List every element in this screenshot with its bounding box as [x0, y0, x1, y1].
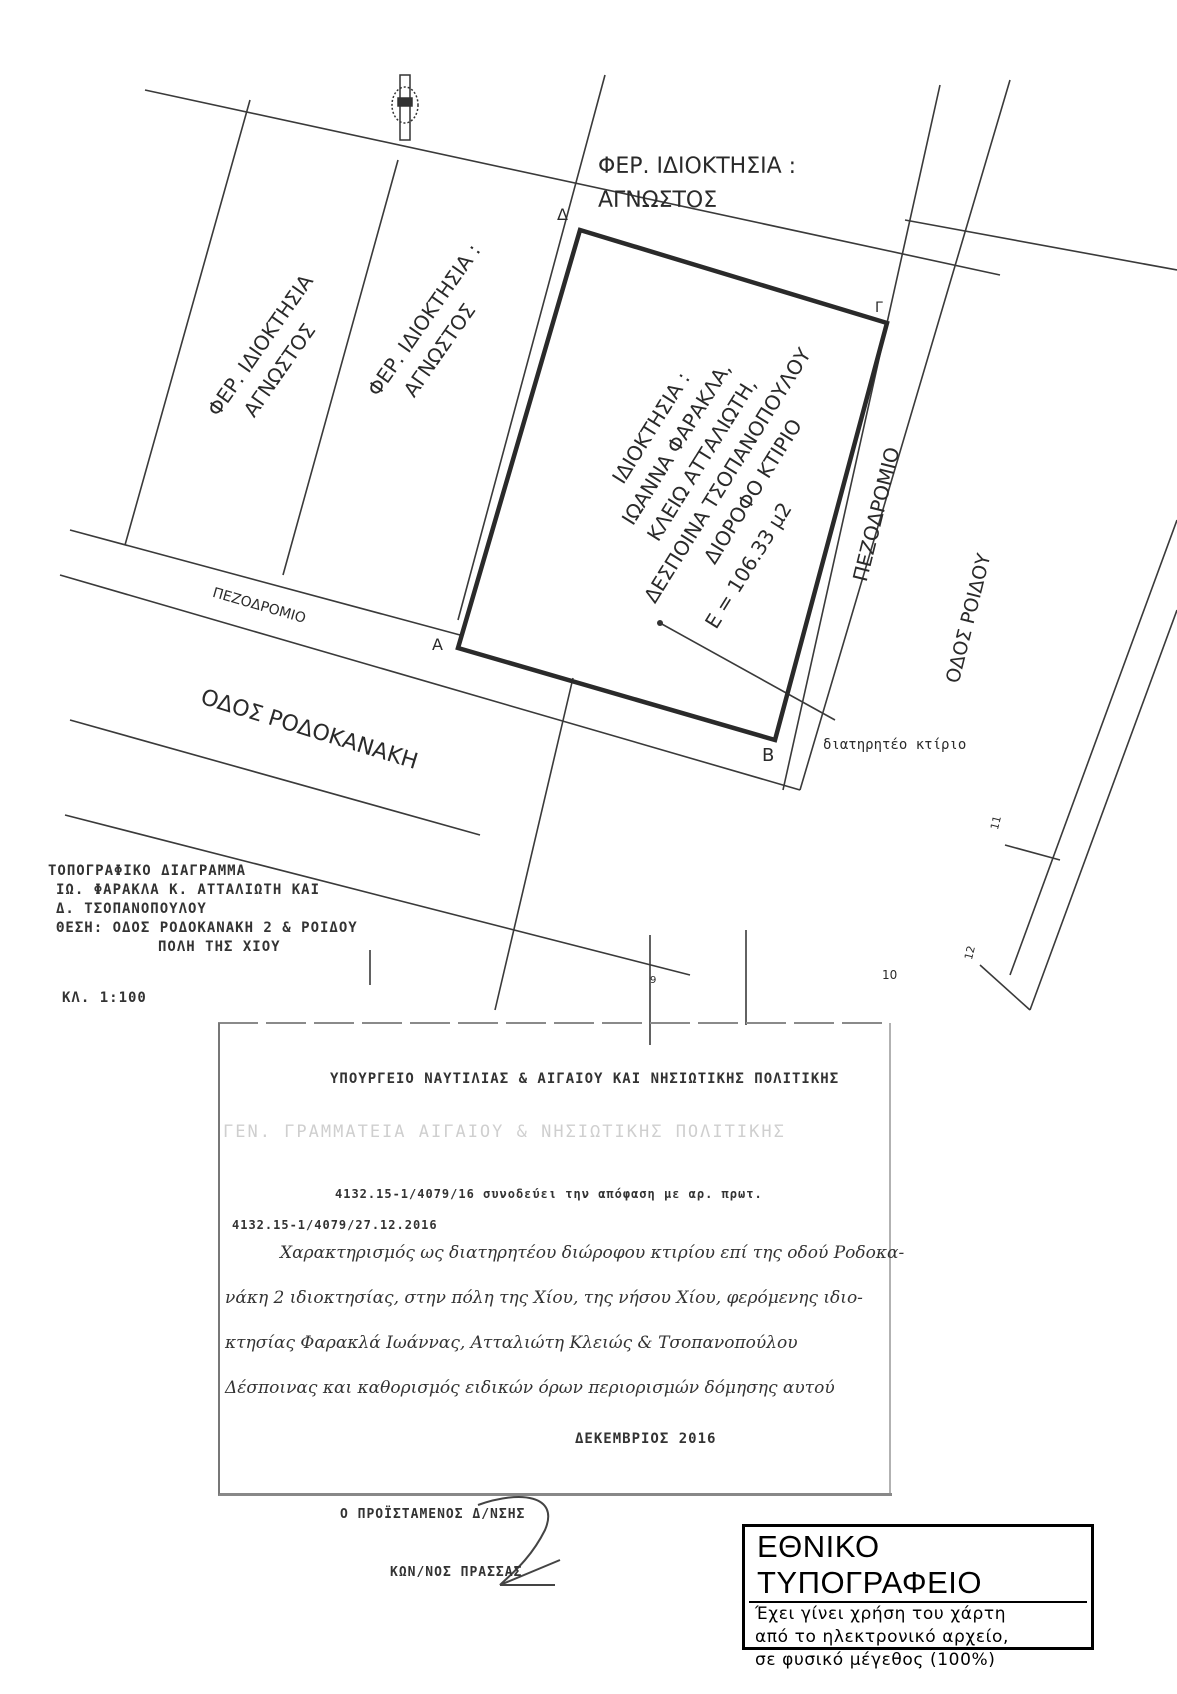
stamp-body-line: νάκη 2 ιδιοκτησίας, στην πόλη της Χίου, …: [225, 1288, 863, 1308]
signature-name: ΚΩΝ/ΝΟΣ ΠΡΑΣΣΑΣ: [390, 1565, 522, 1580]
corner-a: A: [432, 635, 443, 654]
printing-notice-line: Έχει γίνει χρήση του χάρτη: [745, 1603, 1091, 1626]
stamp-title: ΥΠΟΥΡΓΕΙΟ ΝΑΥΤΙΛΙΑΣ & ΑΙΓΑΙΟΥ ΚΑΙ ΝΗΣΙΩΤ…: [330, 1071, 839, 1087]
scale-label: ΚΛ. 1:100: [62, 990, 147, 1006]
printing-notice-box: ΕΘΝΙΚΟ ΤΥΠΟΓΡΑΦΕΙΟ Έχει γίνει χρήση του …: [742, 1524, 1094, 1650]
stamp-date: ΔΕΚΕΜΒΡΙΟΣ 2016: [575, 1431, 716, 1447]
corner-b: B: [762, 745, 774, 766]
title-line: ΘΕΣΗ: ΟΔΟΣ ΡΟΔΟΚΑΝΑΚΗ 2 & ΡΟΙΔΟΥ: [48, 919, 358, 938]
corner-g: Γ: [875, 300, 883, 316]
signature-title: Ο ΠΡΟΪΣΤΑΜΕΝΟΣ Δ/ΝΣΗΣ: [340, 1507, 525, 1522]
point-label-9: 9: [650, 975, 656, 986]
stamp-faded-line: ΓΕΝ. ΓΡΑΜΜΑΤΕΙΑ ΑΙΓΑΙΟΥ & ΝΗΣΙΩΤΙΚΗΣ ΠΟΛ…: [223, 1122, 786, 1142]
stamp-body-line: Χαρακτηρισμός ως διατηρητέου διώροφου κτ…: [280, 1243, 904, 1263]
printing-notice-line: από το ηλεκτρονικό αρχείο,: [745, 1626, 1091, 1649]
neighbor-top-label: ΦΕΡ. ΙΔΙΟΚΤΗΣΙΑ : ΑΓΝΩΣΤΟΣ: [598, 150, 796, 218]
title-line: ΙΩ. ΦΑΡΑΚΛΑ Κ. ΑΤΤΑΛΙΩΤΗ ΚΑΙ: [48, 881, 358, 900]
title-line: Δ. ΤΣΟΠΑΝΟΠΟΥΛΟΥ: [48, 900, 358, 919]
stamp-ref-line-1: 4132.15-1/4079/16 συνοδεύει την απόφαση …: [335, 1187, 763, 1201]
north-boundary-line: [145, 90, 1000, 275]
stamp-body-line: κτησίας Φαρακλά Ιωάννας, Ατταλιώτη Κλειώ…: [225, 1333, 798, 1353]
stamp-ref-line-2: 4132.15-1/4079/27.12.2016: [232, 1218, 438, 1232]
title-line: ΠΟΛΗ ΤΗΣ ΧΙΟΥ: [48, 938, 358, 957]
stamp-body-line: Δέσποινας και καθορισμός ειδικών όρων πε…: [225, 1378, 835, 1398]
north-arrow-icon: [392, 75, 418, 140]
title-block: ΤΟΠΟΓΡΑΦΙΚΟ ΔΙΑΓΡΑΜΜΑ ΙΩ. ΦΑΡΑΚΛΑ Κ. ΑΤΤ…: [48, 862, 358, 957]
preserved-building-label: διατηρητέο κτίριο: [823, 737, 966, 753]
point-label-10: 10: [882, 968, 897, 982]
printing-notice-title: ΕΘΝΙΚΟ ΤΥΠΟΓΡΑΦΕΙΟ: [749, 1527, 1087, 1603]
printing-notice-line: σε φυσικό μέγεθος (100%): [745, 1649, 1091, 1672]
title-line: ΤΟΠΟΓΡΑΦΙΚΟ ΔΙΑΓΡΑΜΜΑ: [48, 862, 358, 881]
corner-d: Δ: [557, 205, 568, 224]
